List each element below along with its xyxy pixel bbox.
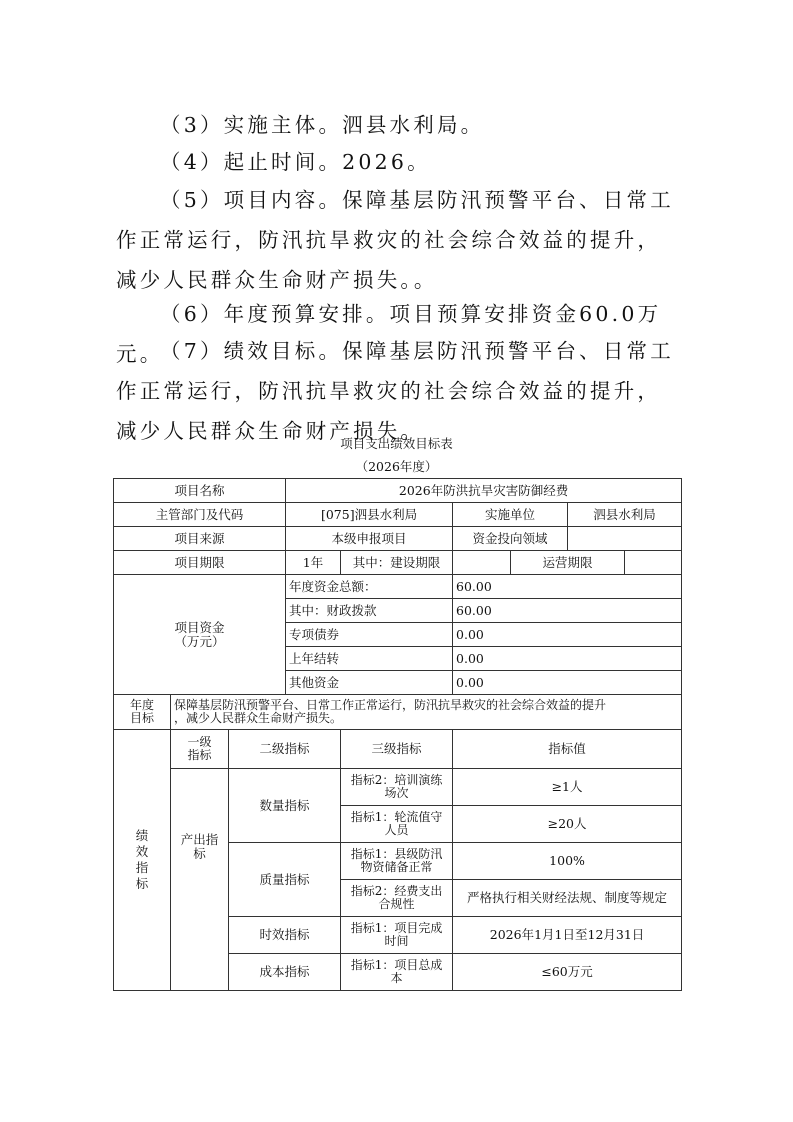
paragraph-period: （4）起止时间。2026。 bbox=[116, 142, 682, 182]
row-dept: 主管部门及代码 [075]泗县水利局 实施单位 泗县水利局 bbox=[114, 503, 682, 527]
impl-unit-label: 实施单位 bbox=[453, 503, 568, 527]
ops-period-value bbox=[625, 551, 682, 575]
dept-label: 主管部门及代码 bbox=[114, 503, 286, 527]
header-level3: 三级指标 bbox=[341, 730, 453, 769]
ops-period-label: 运营期限 bbox=[511, 551, 625, 575]
paragraph-implementer: （3）实施主体。泗县水利局。 bbox=[116, 105, 682, 145]
source-value: 本级申报项目 bbox=[286, 527, 453, 551]
annual-goal-text: 保障基层防汛预警平台、日常工作正常运行，防汛抗旱救灾的社会综合效益的提升，减少人… bbox=[171, 695, 682, 730]
table-title: 项目支出绩效目标表 bbox=[0, 434, 793, 452]
paragraph-goal: （7）绩效目标。保障基层防汛预警平台、日常工作正常运行，防汛抗旱救灾的社会综合效… bbox=[116, 331, 682, 451]
row-annual-goal: 年度目标 保障基层防汛预警平台、日常工作正常运行，防汛抗旱救灾的社会综合效益的提… bbox=[114, 695, 682, 730]
paragraph-content: （5）项目内容。保障基层防汛预警平台、日常工作正常运行，防汛抗旱救灾的社会综合效… bbox=[116, 180, 682, 300]
build-period-value bbox=[453, 551, 511, 575]
period-value: 1年 bbox=[286, 551, 341, 575]
header-level2: 二级指标 bbox=[229, 730, 341, 769]
fund-area-label: 资金投向领域 bbox=[453, 527, 568, 551]
funds-label: 项目资金（万元） bbox=[114, 575, 286, 695]
row-funds-total: 项目资金（万元） 年度资金总额： 60.00 bbox=[114, 575, 682, 599]
header-level1: 一级指标 bbox=[171, 730, 229, 769]
impl-unit-value: 泗县水利局 bbox=[568, 503, 682, 527]
project-name-label: 项目名称 bbox=[114, 479, 286, 503]
row-source: 项目来源 本级申报项目 资金投向领域 bbox=[114, 527, 682, 551]
indicator-row: 产出指标 数量指标 指标2：培训演练场次 ≥1人 bbox=[114, 769, 682, 806]
perf-label: 绩效指标 bbox=[114, 730, 171, 991]
source-label: 项目来源 bbox=[114, 527, 286, 551]
level1-output: 产出指标 bbox=[171, 769, 229, 991]
row-period: 项目期限 1年 其中：建设期限 运营期限 bbox=[114, 551, 682, 575]
header-value: 指标值 bbox=[453, 730, 682, 769]
performance-table: 项目名称 2026年防洪抗旱灾害防御经费 主管部门及代码 [075]泗县水利局 … bbox=[113, 478, 682, 991]
build-period-label: 其中：建设期限 bbox=[341, 551, 453, 575]
fund-area-value bbox=[568, 527, 682, 551]
period-label: 项目期限 bbox=[114, 551, 286, 575]
row-indicator-header: 绩效指标 一级指标 二级指标 三级指标 指标值 bbox=[114, 730, 682, 769]
row-project-name: 项目名称 2026年防洪抗旱灾害防御经费 bbox=[114, 479, 682, 503]
annual-goal-label: 年度目标 bbox=[114, 695, 171, 730]
project-name-value: 2026年防洪抗旱灾害防御经费 bbox=[286, 479, 682, 503]
dept-value: [075]泗县水利局 bbox=[286, 503, 453, 527]
table-subtitle: （2026年度） bbox=[0, 457, 793, 475]
